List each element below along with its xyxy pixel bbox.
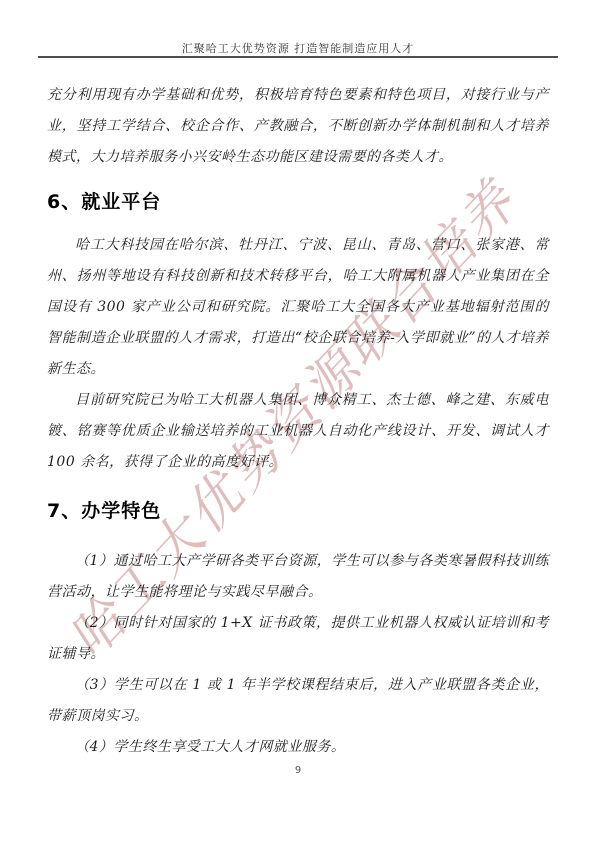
list-item-1: （1）通过哈工大产学研各类平台资源，学生可以参与各类寒暑假科技训练营活动，让学生…: [47, 546, 549, 608]
header-rule: [38, 56, 558, 58]
body-paragraph-institute-talent: 目前研究院已为哈工大机器人集团、博众精工、杰士德、峰之建、东威电镀、铭赛等优质企…: [47, 385, 549, 478]
document-body: 充分利用现有办学基础和优势，积极培育特色要素和特色项目，对接行业与产业，坚持工学…: [47, 80, 549, 763]
list-item-3: （3）学生可以在 1 或 1 年半学校课程结束后，进入产业联盟各类企业，带薪顶岗…: [47, 670, 549, 732]
document-page: 汇聚哈工大优势资源 打造智能制造应用人才 哈工大优势资源联合培养 充分利用现有办…: [0, 0, 596, 842]
list-item-2: （2）同时针对国家的 1+X 证书政策，提供工业机器人权威认证培训和考证辅导。: [47, 608, 549, 670]
page-number: 9: [0, 765, 596, 776]
body-paragraph-tech-park: 哈工大科技园在哈尔滨、牡丹江、宁波、昆山、青岛、营口、张家港、常州、扬州等地设有…: [47, 230, 549, 385]
section-heading-school-features: 7、办学特色: [47, 498, 549, 524]
list-item-4: （4）学生终生享受工大人才网就业服务。: [47, 732, 549, 763]
body-paragraph-continuation: 充分利用现有办学基础和优势，积极培育特色要素和特色项目，对接行业与产业，坚持工学…: [47, 80, 549, 173]
page-header-text: 汇聚哈工大优势资源 打造智能制造应用人才: [0, 40, 596, 56]
section-heading-employment-platform: 6、就业平台: [47, 189, 549, 215]
